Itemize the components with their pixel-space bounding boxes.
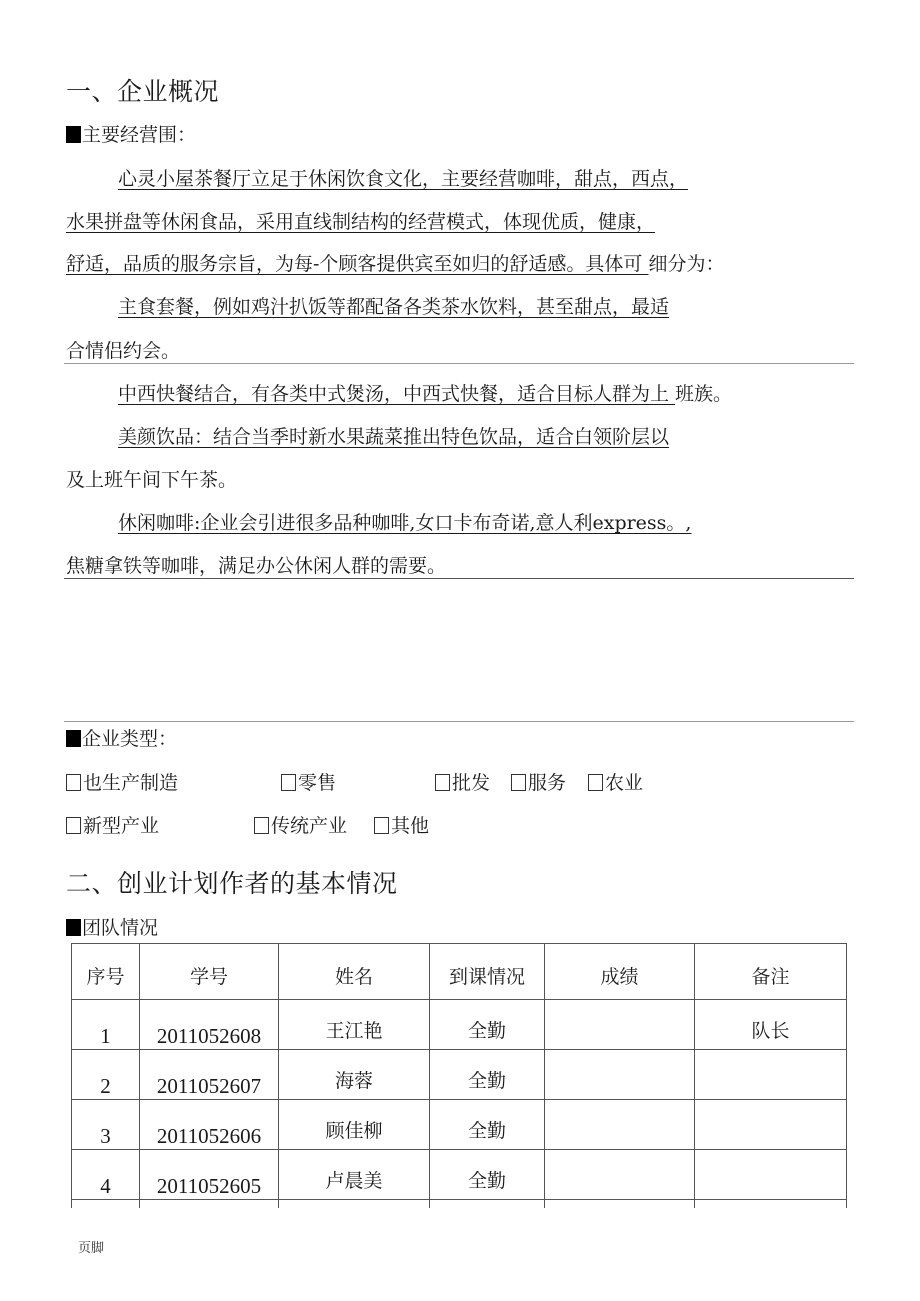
- cell-index: 5: [72, 1200, 140, 1209]
- page-footer: 页脚: [78, 1237, 104, 1256]
- header-cell-score: 成绩: [545, 944, 695, 1000]
- cell-remarks: [695, 1150, 847, 1200]
- cell-attendance: 全勤: [430, 1000, 545, 1050]
- table-clip: 序号 学号 姓名 到课情况 成绩 备注 1 2011052608 王江艳 全勤 …: [0, 0, 920, 1208]
- cell-student-id: 2011052608: [140, 1000, 279, 1050]
- cell-score[interactable]: [545, 1100, 695, 1150]
- cell-score[interactable]: [545, 1200, 695, 1209]
- cell-name: 王江艳: [279, 1000, 430, 1050]
- table-row: 2 2011052607 海蓉 全勤: [72, 1050, 847, 1100]
- header-cell-index: 序号: [72, 944, 140, 1000]
- cell-student-id: 2011052607: [140, 1050, 279, 1100]
- team-table: 序号 学号 姓名 到课情况 成绩 备注 1 2011052608 王江艳 全勤 …: [71, 943, 847, 1208]
- cell-student-id: 2011052606: [140, 1100, 279, 1150]
- header-cell-attendance: 到课情况: [430, 944, 545, 1000]
- cell-index: 2: [72, 1050, 140, 1100]
- cell-remarks: 队长: [695, 1000, 847, 1050]
- cell-student-id: 2011052605: [140, 1150, 279, 1200]
- table-row: 5 2011052601 戴月 全勤: [72, 1200, 847, 1209]
- cell-score[interactable]: [545, 1000, 695, 1050]
- cell-name: 海蓉: [279, 1050, 430, 1100]
- cell-name: 戴月: [279, 1200, 430, 1209]
- cell-remarks: [695, 1200, 847, 1209]
- table-row: 4 2011052605 卢晨美 全勤: [72, 1150, 847, 1200]
- cell-name: 顾佳柳: [279, 1100, 430, 1150]
- table-row: 3 2011052606 顾佳柳 全勤: [72, 1100, 847, 1150]
- cell-index: 1: [72, 1000, 140, 1050]
- table-row: 1 2011052608 王江艳 全勤 队长: [72, 1000, 847, 1050]
- cell-student-id: 2011052601: [140, 1200, 279, 1209]
- cell-attendance: 全勤: [430, 1100, 545, 1150]
- cell-score[interactable]: [545, 1050, 695, 1100]
- cell-name: 卢晨美: [279, 1150, 430, 1200]
- cell-index: 3: [72, 1100, 140, 1150]
- cell-remarks: [695, 1100, 847, 1150]
- cell-attendance: 全勤: [430, 1150, 545, 1200]
- header-cell-name: 姓名: [279, 944, 430, 1000]
- cell-attendance: 全勤: [430, 1200, 545, 1209]
- cell-index: 4: [72, 1150, 140, 1200]
- header-cell-remarks: 备注: [695, 944, 847, 1000]
- cell-score[interactable]: [545, 1150, 695, 1200]
- table-header-row: 序号 学号 姓名 到课情况 成绩 备注: [72, 944, 847, 1000]
- cell-attendance: 全勤: [430, 1050, 545, 1100]
- header-cell-student-id: 学号: [140, 944, 279, 1000]
- cell-remarks: [695, 1050, 847, 1100]
